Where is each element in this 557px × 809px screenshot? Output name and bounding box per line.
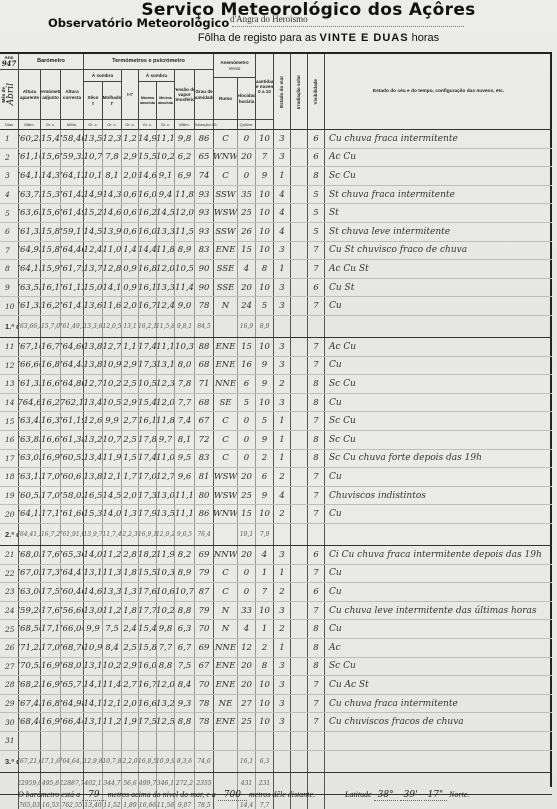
cell-seco: 14,1 [84, 695, 103, 713]
table-row: 2761,1015,6759,3510,77,82,915,510,26,265… [0, 149, 552, 168]
cell-hum: 93 [195, 223, 214, 241]
cell-rumo [214, 524, 238, 545]
cell-obs: Sc Cu chuva forte depois das 19h [325, 450, 552, 468]
cell-rumo: SSE [214, 260, 238, 278]
cell-alt: 763,66,5 [19, 316, 41, 337]
cell-max: 16,8 [139, 260, 157, 278]
unit-direction [214, 120, 238, 130]
cell-diff: 0,6 [122, 204, 139, 222]
unit-diff: Gr. c. [122, 120, 139, 130]
cell-altc: 768,70 [61, 639, 84, 657]
table-row: 31 [0, 732, 552, 751]
cell-hum: 78 [195, 297, 214, 315]
cell-neb: 9 [256, 357, 274, 375]
latitude-suffix: Norte. [449, 790, 469, 799]
cell-tens: 8,2 [175, 546, 195, 564]
cell-molh: 8,1 [103, 167, 122, 185]
cell-mar: 1 [274, 639, 291, 657]
cell-neb: 10 [256, 602, 274, 620]
cell-rumo: ENE [214, 676, 238, 694]
cell-mar: 4 [274, 186, 291, 204]
cell-molh: 14,5 [103, 487, 122, 505]
cell-irr [291, 394, 308, 412]
station-underline [232, 26, 464, 27]
cell-altc: 764,43 [61, 357, 84, 375]
cell-tens: 11,5 [175, 223, 195, 241]
cell-rumo: WSW [214, 487, 238, 505]
cell-day: 22 [0, 565, 19, 583]
cell-min: 12,4 [157, 297, 175, 315]
cell-alt: 770,55 [19, 658, 41, 676]
cell-hum: 93 [195, 186, 214, 204]
cell-mar: 2 [274, 583, 291, 601]
cell-molh: 10,2 [103, 375, 122, 393]
cell-obs [325, 751, 552, 772]
cell-molh: 14,6 [103, 204, 122, 222]
cell-term: 17,0 [41, 468, 61, 486]
cell-obs: Cu [325, 468, 552, 486]
cell-min: 13,3 [157, 223, 175, 241]
cell-vis: 8 [308, 658, 325, 676]
cell-irr [291, 130, 308, 148]
cell-max: 17,4 [139, 450, 157, 468]
sheet-prefix: Fôlha de registo para as [198, 32, 317, 44]
table-row: 26771,2517,0768,7010,98,42,515,87,76,769… [0, 639, 552, 658]
cell-obs: St [325, 204, 552, 222]
cell-min [157, 732, 175, 750]
cell-rumo: WNW [214, 505, 238, 523]
cell-mar: 3 [274, 713, 291, 731]
cell-molh: 12,1 [103, 468, 122, 486]
cell-max: 14,6 [139, 167, 157, 185]
month-value: Abril [6, 83, 16, 105]
cell-alt: 763,65 [19, 204, 41, 222]
cell-altc: 764,60 [61, 338, 84, 356]
cell-obs [325, 316, 552, 337]
station-name: d'Angra do Heroismo [230, 14, 308, 24]
cell-irr [291, 412, 308, 430]
cell-alt: 768,25 [19, 676, 41, 694]
cell-rumo [214, 751, 238, 772]
cell-seco: 13,8 [84, 338, 103, 356]
cell-max: 16,8,5 [139, 751, 157, 772]
cell-molh: 13,3 [103, 583, 122, 601]
table-row: 9763,5516,1761,1215,014,10,916,113,311,4… [0, 279, 552, 298]
table-row: 24759,2017,6756,6013,011,21,817,710,28,8… [0, 602, 552, 621]
cell-irr [291, 695, 308, 713]
unit-dry: Gr. c. [84, 120, 103, 130]
cell-alt [19, 732, 41, 750]
cell-max: 16,1 [139, 412, 157, 430]
cell-hum: 90 [195, 279, 214, 297]
table-row: 4763,7515,3761,4214,914,30,616,09,411,89… [0, 186, 552, 205]
cell-neb: 1 [256, 565, 274, 583]
sheet-suffix: horas [412, 32, 440, 44]
cell-seco: 9,9 [84, 620, 103, 638]
cell-neb: 10 [256, 186, 274, 204]
table-row: 29767,4516,8764,9814,112,12,016,613,29,3… [0, 695, 552, 714]
cell-obs: Ci Cu chuva fraca intermitente depois da… [325, 546, 552, 564]
cell-day: 18 [0, 468, 19, 486]
cell-mar: 3 [274, 297, 291, 315]
cell-seco: 15,2 [84, 204, 103, 222]
cell-min: 14,5 [157, 204, 175, 222]
cell-alt: 764,41,5 [19, 524, 41, 545]
table-row: 30768,4016,9766,4413,111,21,917,512,58,8… [0, 713, 552, 732]
cell-altc: 766,44 [61, 713, 84, 731]
table-row: 11767,1016,7764,6013,812,71,117,411,110,… [0, 338, 552, 357]
cell-altc: 764,47 [61, 565, 84, 583]
cell-mar: 1 [274, 450, 291, 468]
cell-tens: 7,4 [175, 412, 195, 430]
cell-min: 9,1 [157, 167, 175, 185]
table-row: 13761,3516,6764,8012,710,22,510,512,37,8… [0, 375, 552, 394]
cell-rumo: N [214, 602, 238, 620]
cell-alt: 764,15 [19, 505, 41, 523]
cell-rumo: NNE [214, 375, 238, 393]
cell-neb: 1 [256, 620, 274, 638]
cell-mar: 3 [274, 338, 291, 356]
cell-altc: 761,12 [61, 279, 84, 297]
cell-molh [103, 732, 122, 750]
cell-tens: 6,3 [175, 620, 195, 638]
cell-seco: 13,5 [84, 130, 103, 148]
sheet-heading: Fôlha de registo para as VINTE E DUAS ho… [0, 32, 557, 44]
cell-term: 16,7 [41, 338, 61, 356]
cell-term: 16,6 [41, 431, 61, 449]
cell-molh: 8,4 [103, 639, 122, 657]
cell-vis: 8 [308, 450, 325, 468]
table-row: 20764,1517,1761,6015,314,01,317,913,511,… [0, 505, 552, 524]
cell-seco: 13,1 [84, 565, 103, 583]
cell-vis [308, 732, 325, 750]
cell-alt: 763,15 [19, 468, 41, 486]
cell-neb: 5 [256, 297, 274, 315]
cell-seco: 13,7 [84, 260, 103, 278]
cell-day: 27 [0, 658, 19, 676]
cell-tens: 8,9 [175, 565, 195, 583]
cell-hum: 72 [195, 431, 214, 449]
cell-max: 17,5 [139, 713, 157, 731]
cell-diff: 0,9 [122, 279, 139, 297]
cell-alt: 763,05 [19, 450, 41, 468]
cell-obs: Cu St chuvisco fraco de chuva [325, 242, 552, 260]
cell-mar: 3 [274, 546, 291, 564]
cell-max: 16,0 [139, 658, 157, 676]
latitude-minutes: 39' [400, 790, 422, 801]
cell-obs: Chuviscos indistintos [325, 487, 552, 505]
cell-max: 15,4 [139, 620, 157, 638]
cell-vel: 25 [238, 713, 256, 731]
table-row: 8764,1515,9761,7513,712,80,916,812,010,5… [0, 260, 552, 279]
cell-neb: 6,3 [256, 751, 274, 772]
cell-hum: 78 [195, 695, 214, 713]
cell-irr [291, 487, 308, 505]
cell-seco [84, 732, 103, 750]
cell-term: 16,8 [41, 695, 61, 713]
cell-max: 15,5 [139, 565, 157, 583]
cell-vel: 15 [238, 505, 256, 523]
unit-clouds [256, 120, 274, 130]
cell-molh: 14,3 [103, 186, 122, 204]
table-row: 23763,0017,5760,4614,613,31,317,610,610,… [0, 583, 552, 602]
cell-altc: 761,49 [61, 204, 84, 222]
cell-mar: 3 [274, 676, 291, 694]
cell-rumo: WSW [214, 204, 238, 222]
cell-vel: 0 [238, 583, 256, 601]
cell-term: 15,8 [41, 242, 61, 260]
cell-term: 17,6 [41, 602, 61, 620]
cell-rumo: C [214, 565, 238, 583]
cell-hum: 68 [195, 357, 214, 375]
table-row: 18763,1517,0760,6113,812,11,717,012,79,6… [0, 468, 552, 487]
table-row: 3764,1514,3764,1210,18,12,014,69,16,974C… [0, 167, 552, 186]
table-row: 21768,0517,6765,3614,011,22,818,211,98,2… [0, 546, 552, 565]
cell-tens: 10,5 [175, 260, 195, 278]
cell-seco: 14,5 [84, 223, 103, 241]
cell-obs: Sc Cu [325, 431, 552, 449]
cell-term: 16,1 [41, 279, 61, 297]
cell-rumo: C [214, 450, 238, 468]
cell-neb: 7 [256, 149, 274, 167]
cell-neb: 6 [256, 468, 274, 486]
cell-seco: 12,6 [84, 412, 103, 430]
data-table: Ano 947 Mês de Abril Dias Barómetro Altu… [0, 52, 552, 787]
cell-vel: 20 [238, 658, 256, 676]
unit-alt: Milim. [19, 120, 41, 130]
dry-sub: t [92, 101, 94, 106]
cell-tens: 8,1 [175, 431, 195, 449]
cell-tens: 9,8 [175, 130, 195, 148]
cell-mar [274, 732, 291, 750]
cell-day: 23 [0, 583, 19, 601]
cell-vel: 20 [238, 149, 256, 167]
cell-obs: Cu chuviscos fracos de chuva [325, 713, 552, 731]
cell-max [139, 732, 157, 750]
cell-altc: 764,12 [61, 167, 84, 185]
cell-neb: 10 [256, 338, 274, 356]
cell-max: 17,3 [139, 357, 157, 375]
cell-irr [291, 450, 308, 468]
cell-vis: 8 [308, 620, 325, 638]
table-row: 10761,3516,2761,4113,611,62,016,712,49,0… [0, 297, 552, 316]
cell-tens: 8,8 [175, 713, 195, 731]
cell-mar: 4 [274, 487, 291, 505]
cell-term: 16,9 [41, 713, 61, 731]
cell-hum: 79 [195, 565, 214, 583]
direction-header: Rumo [214, 78, 238, 120]
cell-vel: 0 [238, 450, 256, 468]
cell-day: 24 [0, 602, 19, 620]
cell-max: 15,8 [139, 639, 157, 657]
cell-day [0, 795, 19, 809]
sea-state-header: Estado do mar [274, 54, 291, 130]
cell-neb: 7 [256, 583, 274, 601]
cell-vel: 20 [238, 546, 256, 564]
unit-altc: Milim. [61, 120, 84, 130]
cell-rumo: C [214, 412, 238, 430]
cell-irr [291, 375, 308, 393]
cell-rumo [214, 732, 238, 750]
corrected-height-header: Altura correcta [61, 70, 84, 120]
cell-rumo: N [214, 620, 238, 638]
cell-irr [291, 357, 308, 375]
cell-term: 15,8 [41, 223, 61, 241]
cell-rumo: WNW [214, 149, 238, 167]
cell-max: 16,7 [139, 297, 157, 315]
cell-vis: 5 [308, 204, 325, 222]
barometer-prefix: O barómetro está a [18, 790, 80, 799]
solar-label: Irradiação solar [296, 75, 301, 109]
cell-min: 10,6 [157, 583, 175, 601]
cell-tens: 10,3 [175, 338, 195, 356]
cell-obs: Ac Cu [325, 149, 552, 167]
cell-max: 14,9 [139, 130, 157, 148]
cell-obs: Ac Cu [325, 338, 552, 356]
cell-neb: 10 [256, 242, 274, 260]
min-header: Mínima absoluta [157, 82, 175, 120]
cell-alt: 764,15 [19, 167, 41, 185]
sky-state-header: Estado do céu e do tempo, configuração d… [325, 54, 552, 130]
cell-neb: 10 [256, 223, 274, 241]
cell-altc: 764,80 [61, 375, 84, 393]
cell-alt: 761,35 [19, 375, 41, 393]
cell-seco: 10,9 [84, 639, 103, 657]
cell-term: 17,1 [41, 505, 61, 523]
difference-header: t-t' [122, 70, 139, 120]
table-row: 1760,2515,4758,4013,512,31,214,911,19,88… [0, 130, 552, 149]
cell-seco: 13,0 [84, 602, 103, 620]
cell-tens: 11,1 [175, 505, 195, 523]
cell-vis: 6 [308, 546, 325, 564]
cell-hum: 80 [195, 487, 214, 505]
cell-rumo: WSW [214, 468, 238, 486]
cell-vis: 7 [308, 260, 325, 278]
table-row: 28768,2516,9765,7114,111,42,716,712,08,4… [0, 676, 552, 695]
cell-day: 17 [0, 450, 19, 468]
cell-molh: 12,7 [103, 338, 122, 356]
cell-altc [61, 732, 84, 750]
cell-term: 17,1 [41, 620, 61, 638]
cell-diff: 1,2 [122, 130, 139, 148]
speed-header: Velocidade horária [238, 78, 256, 120]
cell-vel: 25 [238, 487, 256, 505]
cell-diff: 1,8 [122, 565, 139, 583]
cell-max: 15,5 [139, 149, 157, 167]
cell-vis: 8 [308, 639, 325, 657]
cell-seco: 12,4 [84, 242, 103, 260]
cell-term: 15,4 [41, 130, 61, 148]
visibility-header: Visibilidade [308, 54, 325, 130]
cell-mar: 3 [274, 149, 291, 167]
cell-vis: 7 [308, 676, 325, 694]
cell-vel: 5 [238, 394, 256, 412]
table-row: 17763,0516,9760,5213,411,91,517,411,09,5… [0, 450, 552, 469]
cell-tens: 7,5 [175, 658, 195, 676]
cell-alt: 763,45 [19, 412, 41, 430]
cell-min: 12,0 [157, 260, 175, 278]
cell-hum: 69 [195, 639, 214, 657]
cell-molh: 11,9 [103, 450, 122, 468]
cell-neb: 8 [256, 260, 274, 278]
cell-diff: 1,5 [122, 450, 139, 468]
cell-mar: 3 [274, 602, 291, 620]
cell-day: 1.ª década [0, 316, 19, 337]
cell-hum: 65 [195, 149, 214, 167]
cell-term: 15,7,0 [41, 316, 61, 337]
cell-min: 12,3 [157, 375, 175, 393]
table-row: 15763,4516,3761,1912,69,92,716,111,87,46… [0, 412, 552, 431]
cell-neb: 7,9 [256, 524, 274, 545]
cell-alt: 767,05 [19, 565, 41, 583]
cell-max: 17,4 [139, 338, 157, 356]
cell-altc: 765,71 [61, 676, 84, 694]
cell-mar: 3 [274, 357, 291, 375]
cell-hum: 90 [195, 260, 214, 278]
cell-term: 16,2 [41, 297, 61, 315]
cell-day: 2 [0, 149, 19, 167]
cell-obs: Cu [325, 357, 552, 375]
cell-molh: 12,8 [103, 260, 122, 278]
cell-term: 17,1,6 [41, 751, 61, 772]
cell-hum: 76,4 [195, 524, 214, 545]
cell-rumo: SSW [214, 223, 238, 241]
cell-hum: 83 [195, 450, 214, 468]
cell-seco: 15,3 [84, 505, 103, 523]
cell-day: 8 [0, 260, 19, 278]
cell-vis: 7 [308, 505, 325, 523]
cell-neb: 10 [256, 394, 274, 412]
cell-hum: 78 [195, 713, 214, 731]
cell-vis: 5 [308, 186, 325, 204]
cell-min: 11,0 [157, 450, 175, 468]
cell-hum: 67 [195, 412, 214, 430]
cell-day: 20 [0, 505, 19, 523]
cell-diff: 2,9 [122, 394, 139, 412]
cell-diff: 2,5 [122, 431, 139, 449]
cell-day: 26 [0, 639, 19, 657]
cell-rumo: ENE [214, 357, 238, 375]
cell-tens: 11,4 [175, 279, 195, 297]
cell-vel: 4 [238, 260, 256, 278]
cell-obs: Cu chuva fraca intermitente [325, 695, 552, 713]
cell-altc: 764,46 [61, 242, 84, 260]
cell-seco: 13,3,6 [84, 316, 103, 337]
cell-diff [122, 732, 139, 750]
cell-day: 7 [0, 242, 19, 260]
cell-rumo: C [214, 431, 238, 449]
cell-day: 4 [0, 186, 19, 204]
cell-diff: 2,7 [122, 676, 139, 694]
cell-irr [291, 279, 308, 297]
cell-irr [291, 204, 308, 222]
cell-alt: 760,55 [19, 487, 41, 505]
cell-neb: 2 [256, 639, 274, 657]
year-value: 947 [2, 60, 17, 68]
cell-altc: 759,35 [61, 149, 84, 167]
cell-max: 10,5 [139, 375, 157, 393]
cell-vis: 7 [308, 412, 325, 430]
cell-diff: 2,2,0 [122, 751, 139, 772]
cell-hum: 84,5 [195, 316, 214, 337]
cell-min: 13,5 [157, 505, 175, 523]
cell-neb: 10 [256, 676, 274, 694]
cell-vel: 16 [238, 357, 256, 375]
cell-vel: 16,1 [238, 751, 256, 772]
cell-hum: 87 [195, 583, 214, 601]
cell-term: 16,9 [41, 658, 61, 676]
cell-seco: 10,7 [84, 149, 103, 167]
